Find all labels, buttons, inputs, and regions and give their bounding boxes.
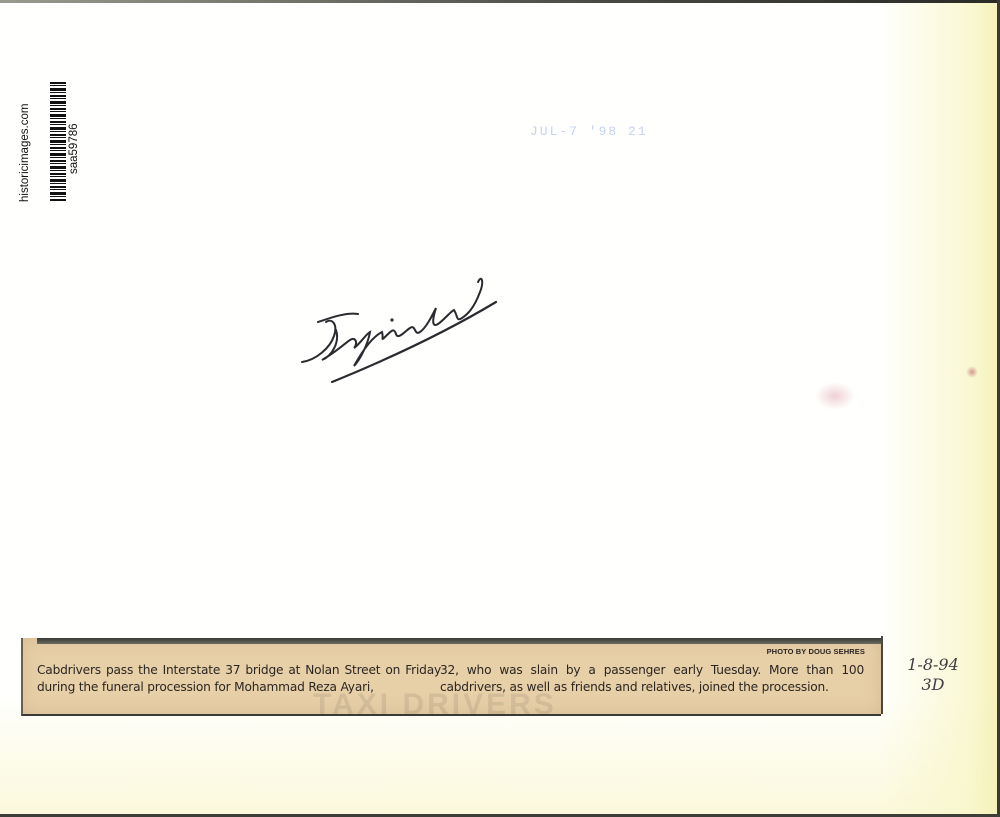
handwritten-page: 3D [898, 675, 968, 695]
clipping-rule [37, 638, 881, 644]
handwritten-date: 1-8-94 [898, 655, 968, 675]
date-stamp: JUL-7 '98 21 [530, 124, 648, 139]
newspaper-clipping: TAXI DRIVERS PHOTO BY DOUG SEHRES Cabdri… [21, 638, 881, 716]
photo-credit: PHOTO BY DOUG SEHRES [767, 647, 865, 656]
ink-stain [815, 382, 855, 410]
watermark-site: historicimages.com [19, 104, 31, 202]
barcode-icon [50, 82, 66, 202]
photo-back-paper: historicimages.com saa59786 JUL-7 '98 21… [0, 0, 1000, 817]
top-edge [0, 0, 1000, 3]
watermark-id: saa59786 [68, 123, 80, 174]
handwritten-note: 1-8-94 3D [898, 655, 968, 695]
ink-speck [966, 366, 978, 378]
signature-taxicabs: Taxicabs [296, 252, 506, 388]
caption-right: 32, who was slain by a passenger early T… [440, 662, 864, 696]
watermark: historicimages.com saa59786 [18, 82, 54, 206]
caption-left: Cabdrivers pass the Interstate 37 bridge… [37, 662, 441, 696]
